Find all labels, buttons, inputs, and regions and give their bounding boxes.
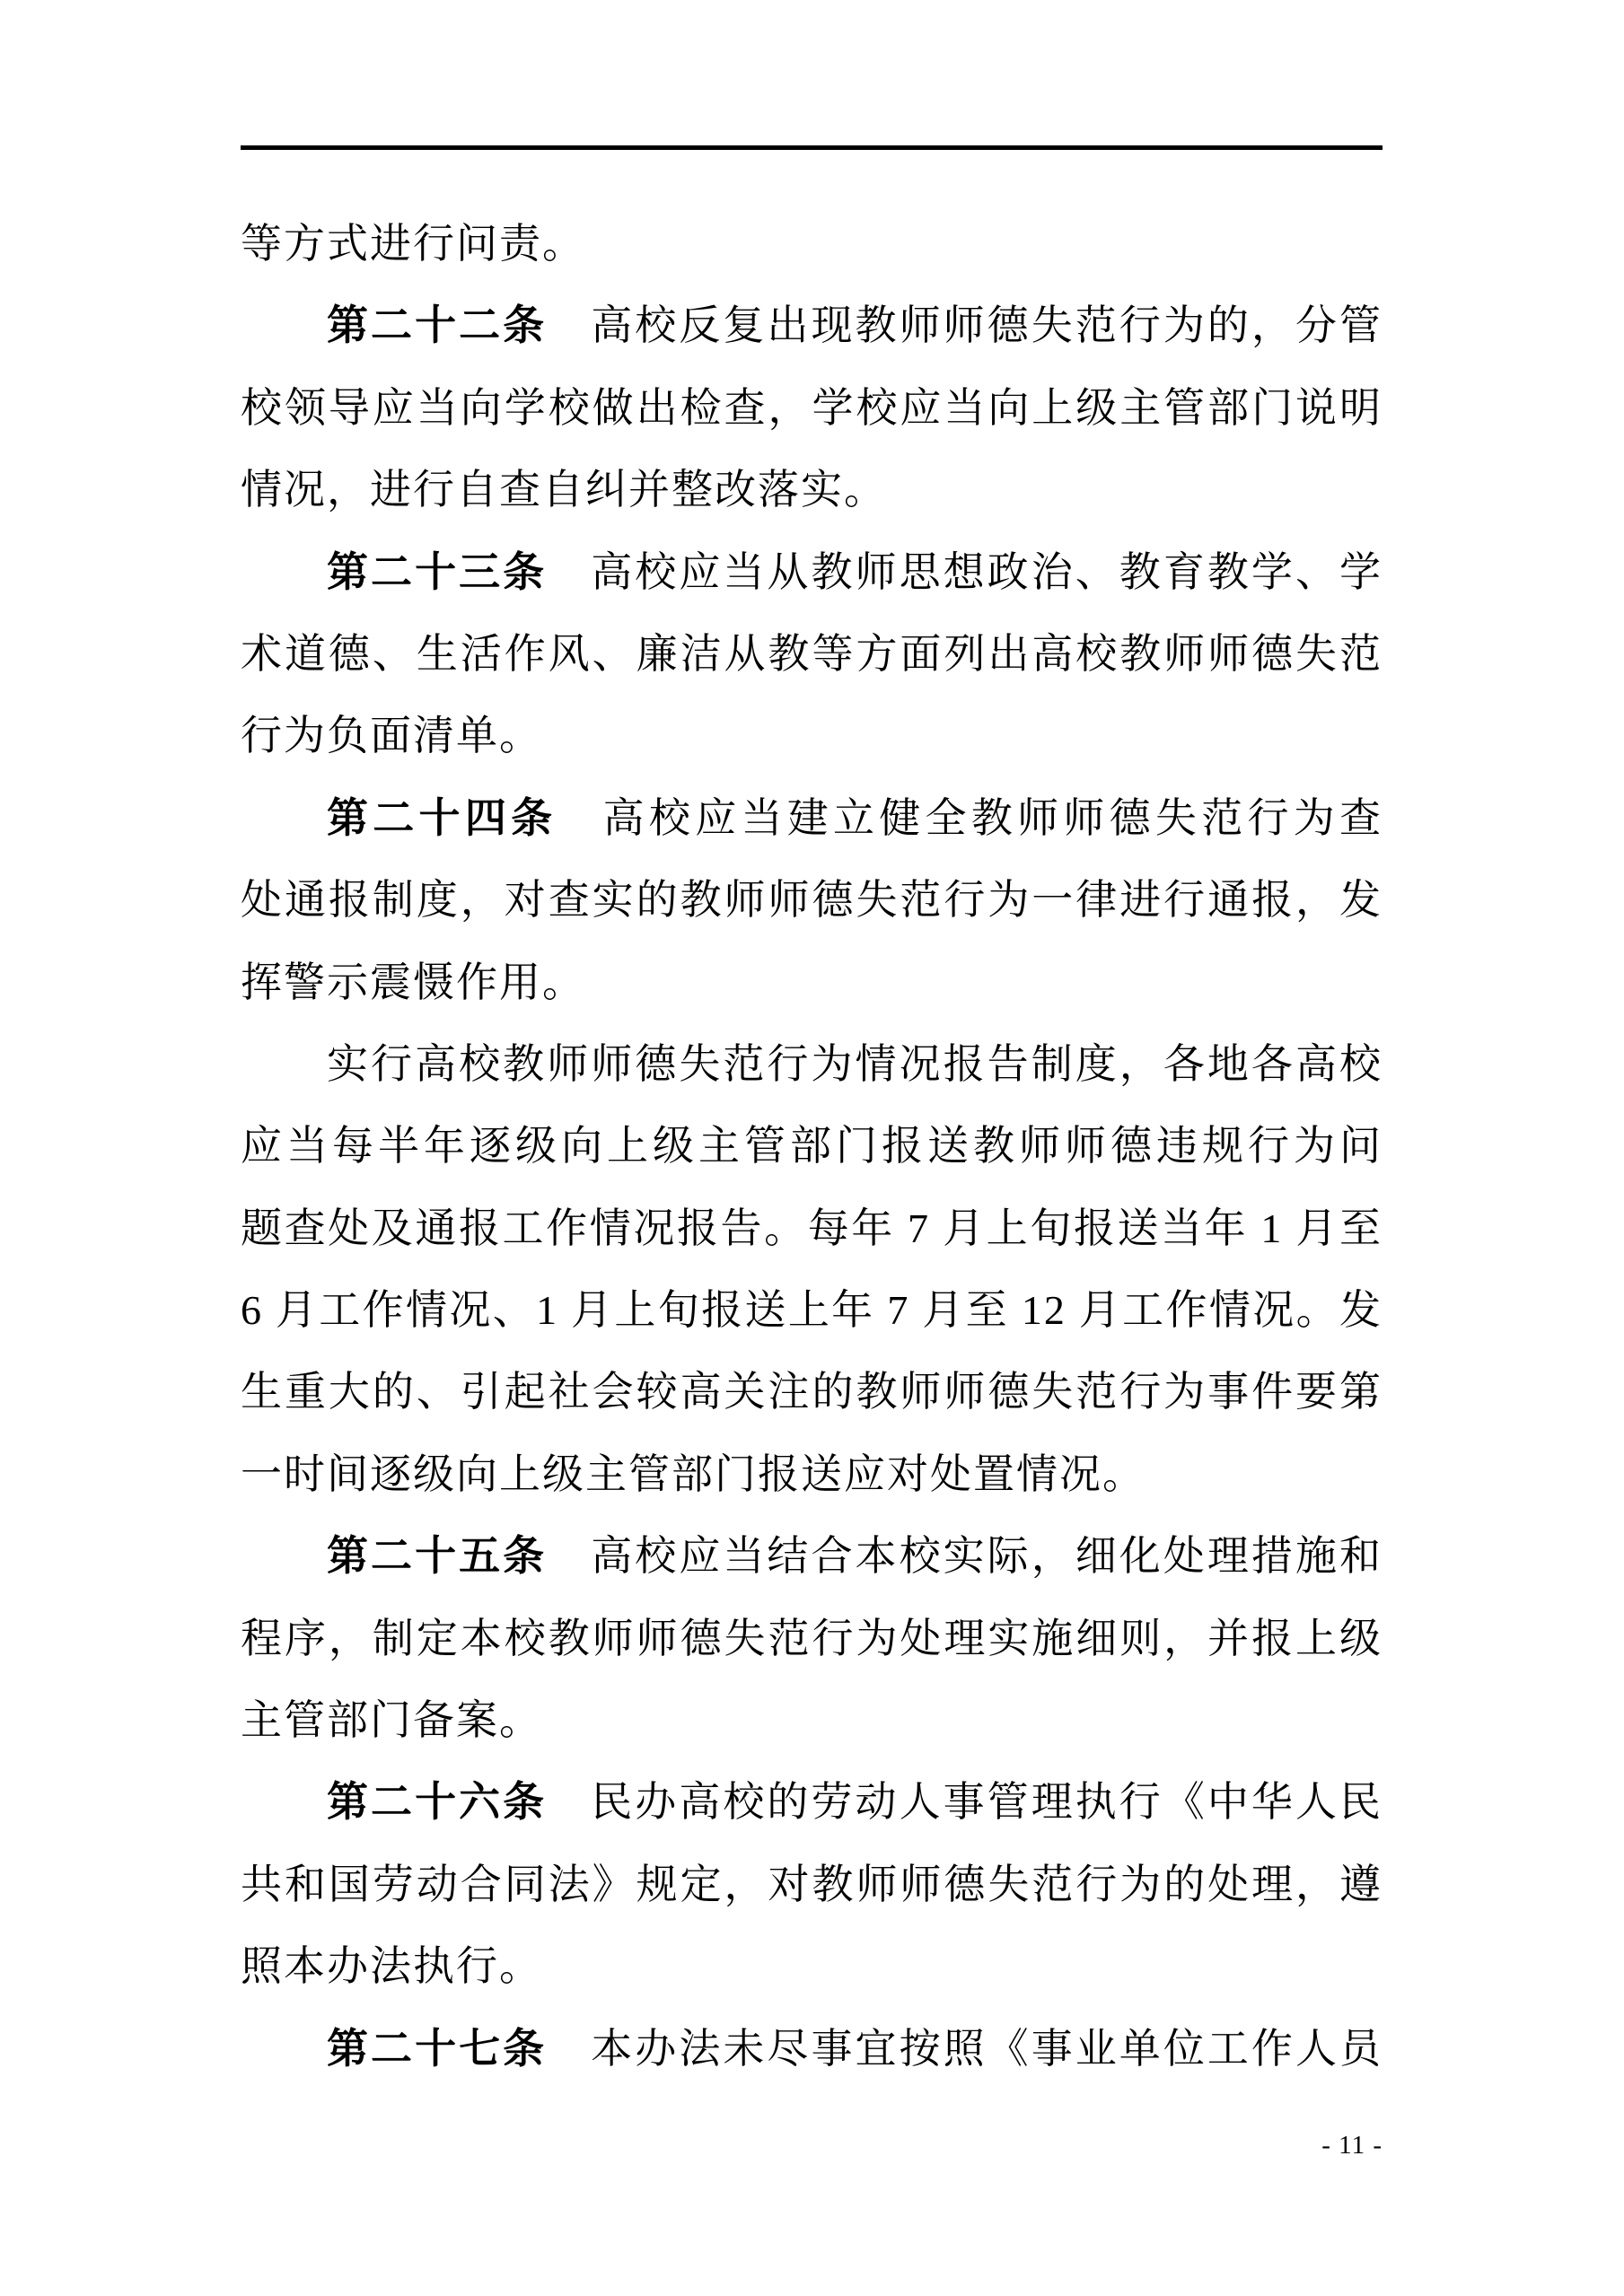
page-number: - 11 -	[1321, 2129, 1383, 2161]
line-text: 生重大的、引起社会较高关注的教师师德失范行为事件要第	[241, 1369, 1383, 1415]
line-text: 高校应当结合本校实际，细化处理措施和	[547, 1533, 1383, 1579]
text-line: 校领导应当向学校做出检查，学校应当向上级主管部门说明	[241, 367, 1383, 449]
line-text: 民办高校的劳动人事管理执行《中华人民	[547, 1779, 1383, 1825]
text-line: 情况，进行自查自纠并整改落实。	[241, 449, 1383, 530]
text-line: 共和国劳动合同法》规定，对教师师德失范行为的处理，遵	[241, 1844, 1383, 1925]
text-line: 第二十六条 民办高校的劳动人事管理执行《中华人民	[241, 1761, 1383, 1843]
line-text: 高校反复出现教师师德失范行为的，分管	[547, 302, 1383, 348]
line-text: 实行高校教师师德失范行为情况报告制度，各地各高校	[327, 1041, 1383, 1087]
line-text: 行为负面清单。	[241, 713, 542, 758]
text-line: 生重大的、引起社会较高关注的教师师德失范行为事件要第	[241, 1351, 1383, 1433]
document-page: 等方式进行问责。第二十二条 高校反复出现教师师德失范行为的，分管校领导应当向学校…	[0, 0, 1624, 2296]
text-line: 第二十四条 高校应当建立健全教师师德失范行为查	[241, 777, 1383, 859]
text-line: 术道德、生活作风、廉洁从教等方面列出高校教师师德失范	[241, 613, 1383, 695]
line-text: 应当每半年逐级向上级主管部门报送教师师德违规行为问	[241, 1123, 1383, 1169]
line-text: 高校应当从教师思想政治、教育教学、学	[547, 549, 1383, 595]
line-text: 6 月工作情况、1 月上旬报送上年 7 月至 12 月工作情况。发	[241, 1287, 1383, 1333]
text-line: 第二十七条 本办法未尽事宜按照《事业单位工作人员	[241, 2008, 1383, 2090]
article-number: 第二十二条	[327, 302, 547, 348]
line-text: 主管部门备案。	[241, 1697, 542, 1743]
text-line: 第二十五条 高校应当结合本校实际，细化处理措施和	[241, 1515, 1383, 1597]
text-line: 照本办法执行。	[241, 1925, 1383, 2007]
text-line: 第二十三条 高校应当从教师思想政治、教育教学、学	[241, 531, 1383, 613]
line-text: 一时间逐级向上级主管部门报送应对处置情况。	[241, 1451, 1146, 1497]
line-text: 术道德、生活作风、廉洁从教等方面列出高校教师师德失范	[241, 631, 1383, 677]
text-line: 第二十二条 高校反复出现教师师德失范行为的，分管	[241, 285, 1383, 366]
text-line: 题查处及通报工作情况报告。每年 7 月上旬报送当年 1 月至	[241, 1187, 1383, 1269]
line-text: 题查处及通报工作情况报告。每年 7 月上旬报送当年 1 月至	[241, 1205, 1383, 1251]
text-line: 处通报制度，对查实的教师师德失范行为一律进行通报，发	[241, 859, 1383, 941]
article-number: 第二十三条	[327, 549, 547, 595]
line-text: 本办法未尽事宜按照《事业单位工作人员	[547, 2026, 1383, 2072]
line-text: 高校应当建立健全教师师德失范行为查	[557, 795, 1383, 841]
line-text: 等方式进行问责。	[241, 221, 585, 267]
line-text: 程序，制定本校教师师德失范行为处理实施细则，并报上级	[241, 1616, 1383, 1661]
text-line: 实行高校教师师德失范行为情况报告制度，各地各高校	[241, 1023, 1383, 1105]
text-line: 一时间逐级向上级主管部门报送应对处置情况。	[241, 1433, 1383, 1515]
line-text: 校领导应当向学校做出检查，学校应当向上级主管部门说明	[241, 385, 1383, 431]
line-text: 照本办法执行。	[241, 1943, 542, 1989]
text-line: 行为负面清单。	[241, 695, 1383, 776]
article-number: 第二十六条	[327, 1779, 547, 1825]
document-body: 等方式进行问责。第二十二条 高校反复出现教师师德失范行为的，分管校领导应当向学校…	[241, 203, 1383, 2090]
text-line: 挥警示震慑作用。	[241, 942, 1383, 1023]
header-rule	[241, 145, 1383, 150]
text-line: 应当每半年逐级向上级主管部门报送教师师德违规行为问	[241, 1105, 1383, 1187]
article-number: 第二十七条	[327, 2026, 547, 2072]
text-line: 6 月工作情况、1 月上旬报送上年 7 月至 12 月工作情况。发	[241, 1269, 1383, 1351]
article-number: 第二十四条	[327, 795, 557, 841]
article-number: 第二十五条	[327, 1533, 547, 1579]
line-text: 挥警示震慑作用。	[241, 960, 585, 1005]
text-line: 主管部门备案。	[241, 1679, 1383, 1761]
line-text: 处通报制度，对查实的教师师德失范行为一律进行通报，发	[241, 877, 1383, 923]
line-text: 共和国劳动合同法》规定，对教师师德失范行为的处理，遵	[241, 1862, 1383, 1907]
text-line: 程序，制定本校教师师德失范行为处理实施细则，并报上级	[241, 1598, 1383, 1679]
text-line: 等方式进行问责。	[241, 203, 1383, 285]
line-text: 情况，进行自查自纠并整改落实。	[241, 467, 887, 513]
